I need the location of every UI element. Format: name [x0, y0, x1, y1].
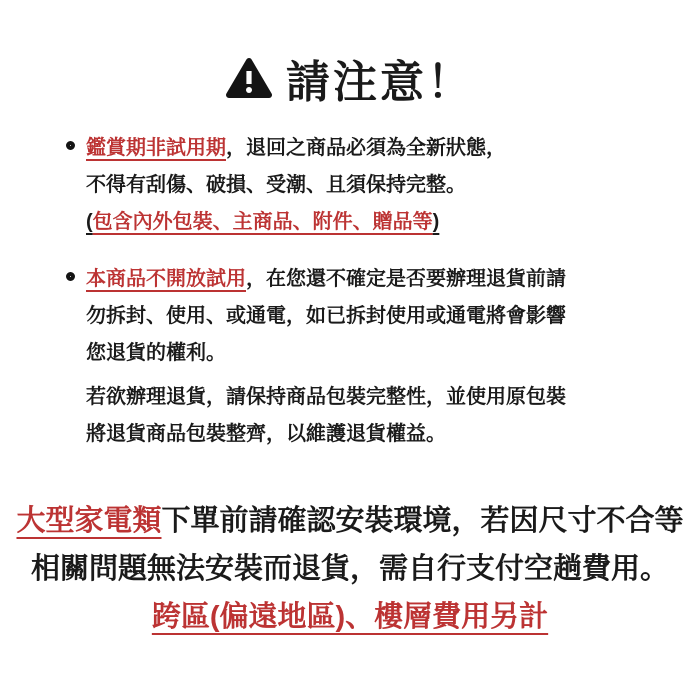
text-segment: 相關問題無法安裝而退貨，需自行支付空趟費用。 [31, 553, 669, 585]
text-line: 您退貨的權利。 [86, 335, 660, 372]
page-title-text: 請注意！ [286, 46, 474, 110]
text-line: 本商品不開放試用，在您還不確定是否要辦理退貨前請 [86, 261, 660, 298]
paragraph: 本商品不開放試用，在您還不確定是否要辦理退貨前請勿拆封、使用、或通電，如已拆封使… [86, 261, 660, 372]
page-title: 請注意！ [0, 50, 700, 106]
notice-page: 請注意！ 鑑賞期非試用期，退回之商品必須為全新狀態，不得有刮傷、破損、受潮、且須… [0, 0, 700, 700]
text-segment: 勿拆封、使用、或通電，如已拆封使用或通電將會影響 [86, 305, 566, 327]
text-line: 鑑賞期非試用期，退回之商品必須為全新狀態， [86, 130, 660, 167]
notice-list: 鑑賞期非試用期，退回之商品必須為全新狀態，不得有刮傷、破損、受潮、且須保持完整。… [0, 130, 700, 453]
paragraph: 鑑賞期非試用期，退回之商品必須為全新狀態，不得有刮傷、破損、受潮、且須保持完整。… [86, 130, 660, 241]
text-segment: ( [86, 211, 93, 233]
text-segment: 跨區(偏遠地區)、樓層費用另計 [152, 601, 548, 633]
text-segment: 大型家電類 [16, 505, 161, 537]
text-segment: 下單前請確認安裝環境，若因尺寸不合等 [162, 505, 684, 537]
list-item: 鑑賞期非試用期，退回之商品必須為全新狀態，不得有刮傷、破損、受潮、且須保持完整。… [66, 130, 660, 241]
ring-bullet-icon [66, 272, 75, 281]
text-line: 將退貨商品包裝整齊，以維護退貨權益。 [86, 416, 660, 453]
text-segment: 不得有刮傷、破損、受潮、且須保持完整。 [86, 174, 466, 196]
text-segment: ，在您還不確定是否要辦理退貨前請 [246, 268, 566, 290]
text-segment: 若欲辦理退貨，請保持商品包裝完整性，並使用原包裝 [86, 386, 566, 408]
text-segment: 您退貨的權利。 [86, 342, 226, 364]
text-segment: 本商品不開放試用 [86, 268, 246, 290]
text-line: 相關問題無法安裝而退貨，需自行支付空趟費用。 [0, 545, 700, 593]
text-line: 勿拆封、使用、或通電，如已拆封使用或通電將會影響 [86, 298, 660, 335]
text-segment: 鑑賞期非試用期 [86, 137, 226, 159]
text-segment: 包含內外包裝、主商品、附件、贈品等 [93, 211, 433, 233]
list-item-content: 本商品不開放試用，在您還不確定是否要辦理退貨前請勿拆封、使用、或通電，如已拆封使… [86, 261, 660, 453]
paragraph: 若欲辦理退貨，請保持商品包裝完整性，並使用原包裝將退貨商品包裝整齊，以維護退貨權… [86, 379, 660, 453]
text-line: 大型家電類下單前請確認安裝環境，若因尺寸不合等 [0, 497, 700, 545]
list-item-content: 鑑賞期非試用期，退回之商品必須為全新狀態，不得有刮傷、破損、受潮、且須保持完整。… [86, 130, 660, 241]
text-line: 若欲辦理退貨，請保持商品包裝完整性，並使用原包裝 [86, 379, 660, 416]
text-line: 不得有刮傷、破損、受潮、且須保持完整。 [86, 167, 660, 204]
text-segment: ) [433, 211, 440, 233]
ring-bullet-icon [66, 141, 75, 150]
text-segment: ，退回之商品必須為全新狀態， [226, 137, 506, 159]
text-line: (包含內外包裝、主商品、附件、贈品等) [86, 204, 660, 241]
warning-triangle-icon [226, 57, 272, 99]
footer-notice: 大型家電類下單前請確認安裝環境，若因尺寸不合等相關問題無法安裝而退貨，需自行支付… [0, 497, 700, 641]
text-segment: 將退貨商品包裝整齊，以維護退貨權益。 [86, 423, 446, 445]
text-line: 跨區(偏遠地區)、樓層費用另計 [0, 593, 700, 641]
list-item: 本商品不開放試用，在您還不確定是否要辦理退貨前請勿拆封、使用、或通電，如已拆封使… [66, 261, 660, 453]
